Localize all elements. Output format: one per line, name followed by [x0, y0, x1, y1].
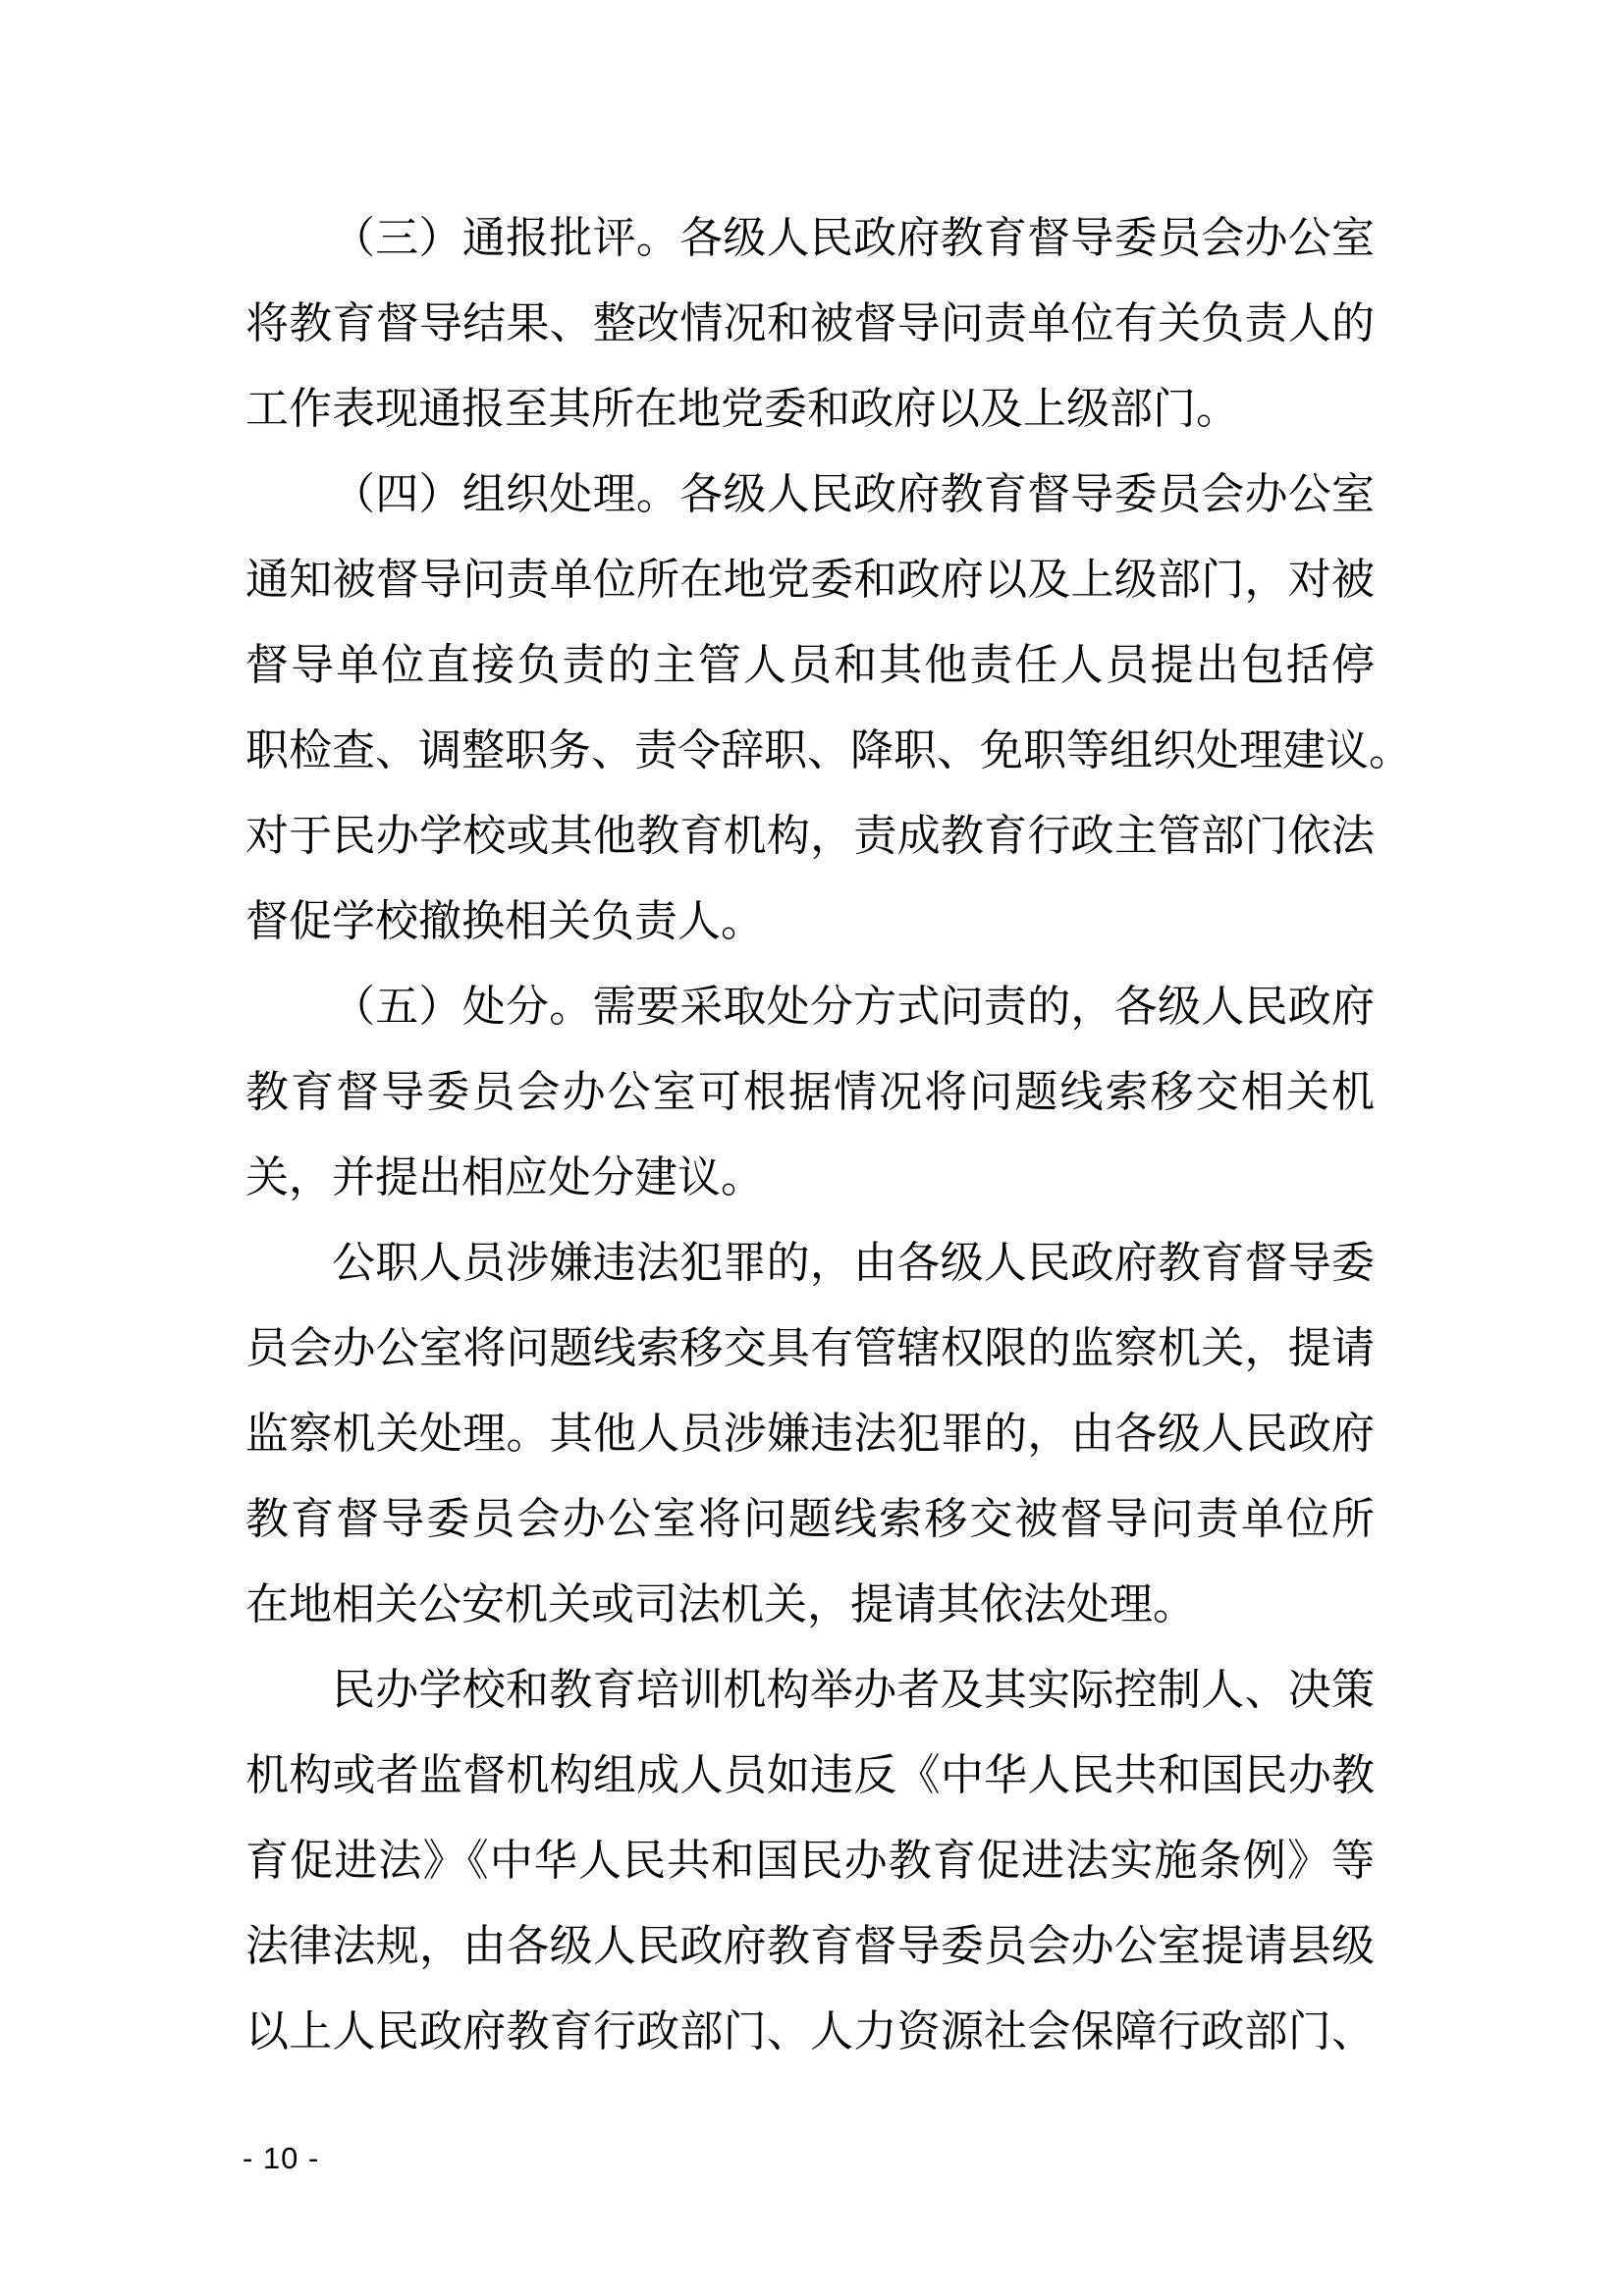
text-line: 监察机关处理。其他人员涉嫌违法犯罪的，由各级人民政府: [245, 1391, 1375, 1476]
text-line: 职检查、调整职务、责令辞职、降职、免职等组织处理建议。: [245, 708, 1375, 793]
document-body: （三）通报批评。各级人民政府教育督导委员会办公室 将教育督导结果、整改情况和被督…: [245, 195, 1375, 2074]
text-line: 对于民办学校或其他教育机构，责成教育行政主管部门依法: [245, 793, 1375, 879]
text-line: 工作表现通报至其所在地党委和政府以及上级部门。: [245, 366, 1375, 452]
text-line: 教育督导委员会办公室将问题线索移交被督导问责单位所: [245, 1476, 1375, 1562]
text-line: 以上人民政府教育行政部门、人力资源社会保障行政部门、: [245, 1989, 1375, 2074]
text-line: 通知被督导问责单位所在地党委和政府以及上级部门，对被: [245, 537, 1375, 622]
text-line: （四）组织处理。各级人民政府教育督导委员会办公室: [245, 452, 1375, 537]
text-line: 育促进法》《中华人民共和国民办教育促进法实施条例》等: [245, 1818, 1375, 1903]
document-page: （三）通报批评。各级人民政府教育督导委员会办公室 将教育督导结果、整改情况和被督…: [0, 0, 1624, 2296]
text-line: （五）处分。需要采取处分方式问责的，各级人民政府: [245, 964, 1375, 1049]
text-line: 督促学校撤换相关负责人。: [245, 879, 1375, 964]
page-number: - 10 -: [243, 2141, 319, 2176]
text-line: 员会办公室将问题线索移交具有管辖权限的监察机关，提请: [245, 1306, 1375, 1391]
text-line: 法律法规，由各级人民政府教育督导委员会办公室提请县级: [245, 1903, 1375, 1989]
text-line: 民办学校和教育培训机构举办者及其实际控制人、决策: [245, 1647, 1375, 1733]
text-line: （三）通报批评。各级人民政府教育督导委员会办公室: [245, 195, 1375, 281]
text-line: 关，并提出相应处分建议。: [245, 1135, 1375, 1220]
text-line: 在地相关公安机关或司法机关，提请其依法处理。: [245, 1562, 1375, 1647]
text-line: 机构或者监督机构组成人员如违反《中华人民共和国民办教: [245, 1733, 1375, 1818]
text-line: 将教育督导结果、整改情况和被督导问责单位有关负责人的: [245, 281, 1375, 366]
text-line: 教育督导委员会办公室可根据情况将问题线索移交相关机: [245, 1049, 1375, 1135]
text-line: 公职人员涉嫌违法犯罪的，由各级人民政府教育督导委: [245, 1220, 1375, 1306]
text-line: 督导单位直接负责的主管人员和其他责任人员提出包括停: [245, 622, 1375, 708]
